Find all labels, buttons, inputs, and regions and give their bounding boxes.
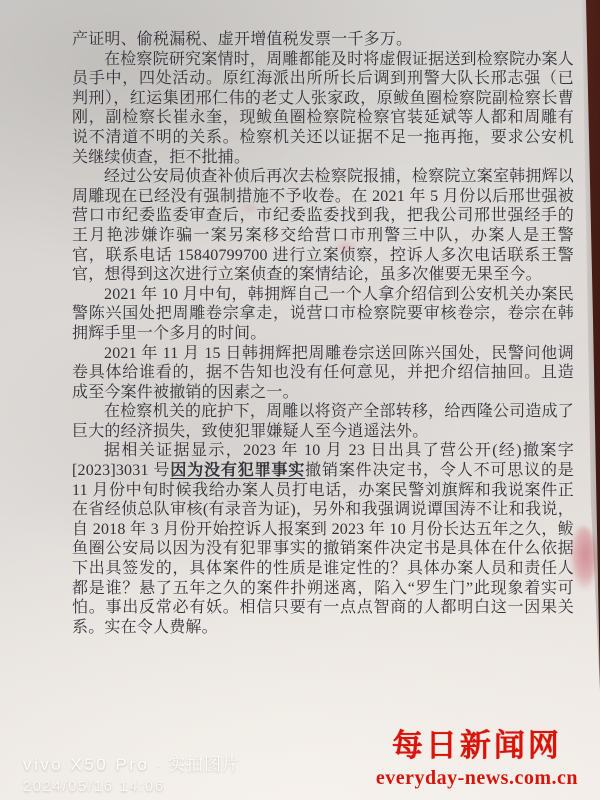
- paragraph: 在检察院研究案情时，周雕都能及时将虚假证据送到检察院办案人员手中，四处活动。原红…: [72, 50, 574, 168]
- paper-sheet: 产证明、偷税漏税、虚开增值税发票一千多万。 在检察院研究案情时，周雕都能及时将虚…: [0, 0, 600, 800]
- news-site-watermark: 每日新闻网 everyday-news.com.cn: [376, 720, 578, 790]
- paragraph: 经过公安局侦查补侦后再次去检察院报捕，检察院立案室韩拥辉以周雕现在已经没有强制措…: [72, 167, 574, 285]
- paragraph-final: 据相关证据显示，2023 年 10 月 23 日出具了营公开(经)撤案字[202…: [72, 441, 574, 637]
- device-name: vivo X50 Pro: [23, 755, 149, 774]
- separator-dot: ·: [155, 755, 162, 774]
- photo-frame: 产证明、偷税漏税、虚开增值税发票一千多万。 在检察院研究案情时，周雕都能及时将虚…: [0, 0, 600, 800]
- site-name: 每日新闻网: [376, 720, 578, 765]
- paragraph: 在检察机关的庇护下，周雕以将资产全部转移，给西隆公司造成了巨大的经济损失，致使犯…: [72, 402, 574, 441]
- capture-timestamp: 2024/05/16 14:06: [23, 779, 240, 795]
- emphasized-phrase: 因为没有犯罪事实: [170, 462, 305, 479]
- capture-type-label: 实拍图片: [168, 755, 240, 774]
- paragraph: 2021 年 10 月中旬，韩拥辉自己一个人拿介绍信到公安机关办案民警陈兴国处把…: [72, 285, 574, 344]
- site-url: everyday-news.com.cn: [376, 767, 578, 790]
- paragraph-final-post: 撤销案件决定书，令人不可思议的是 11 月份中旬时候我给办案人员打电话，办案民警…: [72, 462, 574, 636]
- document-text: 产证明、偷税漏税、虚开增值税发票一千多万。 在检察院研究案情时，周雕都能及时将虚…: [72, 30, 574, 637]
- paragraph: 产证明、偷税漏税、虚开增值税发票一千多万。: [72, 30, 574, 50]
- camera-watermark: vivo X50 Pro·实拍图片 2024/05/16 14:06: [23, 750, 240, 795]
- paragraph: 2021 年 11 月 15 日韩拥辉把周雕卷宗送回陈兴国处，民警问他调卷具体给…: [72, 344, 574, 403]
